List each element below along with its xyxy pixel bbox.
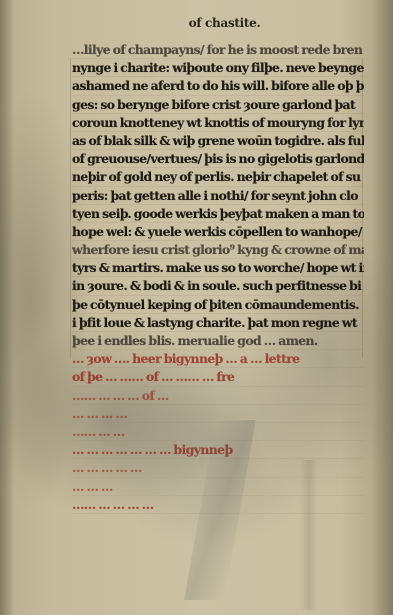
- page-edge-shadow: [372, 0, 393, 615]
- text-line: neþir of gold ney of perlis. neþir chape…: [72, 168, 364, 186]
- text-block: …lilye of champayns/ for he is moost red…: [72, 41, 364, 514]
- text-line: …lilye of champayns/ for he is moost red…: [72, 41, 364, 59]
- text-line: of greuouse/vertues/ þis is no gigelotis…: [72, 150, 364, 168]
- rubric-line: … … … … … … … bigynneþ: [72, 441, 364, 459]
- rubric-line: … ȝow …. heer bigynneþ … a … lettre: [72, 350, 364, 368]
- text-line: ges: so berynge bifore crist ȝoure garlo…: [72, 96, 364, 114]
- rubric-line: …… … … … …: [72, 496, 364, 514]
- text-line: nynge i charite: wiþoute ony filþe. neve…: [72, 59, 364, 77]
- rubric-line: of þe … …… of … …… … fre: [72, 368, 364, 386]
- text-line: coroun knotteney wt knottis of mouryng f…: [72, 114, 364, 132]
- text-line: i þfit loue & lastyng charite. þat mon r…: [72, 314, 364, 332]
- text-line: þee i endles blis. merualie god … amen.: [72, 332, 364, 350]
- rubric-line: … … …: [72, 478, 364, 496]
- left-ruling-line: [70, 58, 71, 358]
- rubric-line: …… … … … of …: [72, 387, 364, 405]
- text-line: þe cōtynuel keping of þiten cōmaundement…: [72, 296, 364, 314]
- rubric-line: …… … …: [72, 423, 364, 441]
- rubric-line: … … … …: [72, 405, 364, 423]
- text-line: as of blak silk & wiþ grene woūn togidre…: [72, 132, 364, 150]
- binding-gutter: [0, 0, 14, 615]
- manuscript-page: of chastite. …lilye of champayns/ for he…: [0, 0, 393, 615]
- running-title: of chastite.: [28, 16, 393, 30]
- rubric-line: … … … … …: [72, 459, 364, 477]
- text-line: hope wel: & yuele werkis cōpellen to wan…: [72, 223, 364, 241]
- text-line: peris: þat getten alle i nothi/ for seyn…: [72, 187, 364, 205]
- text-line: tyrs & martirs. make us so to worche/ ho…: [72, 259, 364, 277]
- text-line: wherfore iesu crist glorio⁹ kyng & crown…: [72, 241, 364, 259]
- text-line: tyen seiþ. goode werkis þeyþat maken a m…: [72, 205, 364, 223]
- text-line: in ȝoure. & bodi & in soule. such perfit…: [72, 277, 364, 295]
- text-line: ashamed ne aferd to do his will. bifore …: [72, 77, 364, 95]
